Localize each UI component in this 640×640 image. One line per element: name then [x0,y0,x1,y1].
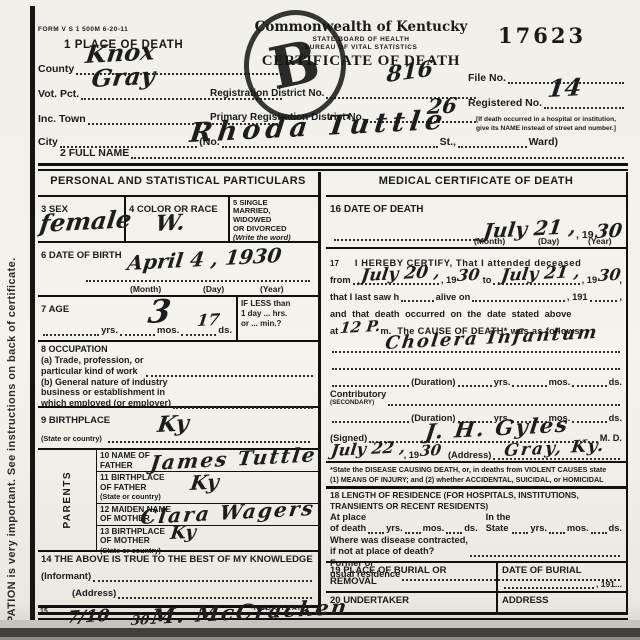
last-saw-dotted-2 [590,289,618,302]
father-birthplace-handwritten: Ky [189,471,220,495]
duration1-label: (Duration) [411,377,455,387]
filed-year-handwritten: 30 [130,613,150,629]
date-of-burial-line: , 191... [502,576,622,589]
medical-certificate-column: MEDICAL CERTIFICATE OF DEATH 16 DATE OF … [326,172,628,612]
margin-instruction-note: CUPATION is very important. See instruct… [6,148,18,640]
age-cell: 7 AGE yrs. mos. ds. 3 17 [38,297,236,340]
marital-cell: 5 SINGLE MARRIED, WIDOWED OR DIVORCED (W… [230,197,318,241]
from-year-printed: , 19 [441,275,457,285]
true-statement-heading: 14 THE ABOVE IS TRUE TO THE BEST OF MY K… [41,554,315,565]
inc-town-label: Inc. Town [38,113,86,125]
from-year-handwritten: 30 [456,265,481,285]
burial-row: 19 PLACE OF BURIAL OR REMOVAL DATE OF BU… [326,563,626,593]
county-label: County [38,63,74,75]
alive-on-dotted [472,289,565,302]
burial-date-dotted [504,576,594,589]
cause-dotted: Cholera Infantum [332,339,620,353]
birthplace-dotted-line [108,441,310,443]
res2-ds: ds. [609,523,622,534]
occupation-row: 8 OCCUPATION (a) Trade, profession, or p… [38,342,318,408]
city-label: City [38,136,58,148]
dob-dotted-line [86,280,310,282]
duration1-dotted-b [458,374,492,387]
cause-blank-dotted [332,357,620,370]
res1-dotted-b [405,521,421,534]
form-number: FORM V S 1 500M 6-20-11 [38,26,128,33]
age-yrs-dotted [43,323,99,336]
res2-dotted-a [512,521,528,534]
res2-dotted-c [591,521,607,534]
voting-precinct-label: Vot. Pct. [38,88,79,100]
place-of-burial-cell: 19 PLACE OF BURIAL OR REMOVAL [326,563,498,591]
age-days-handwritten: 17 [196,310,221,330]
date-of-burial-label: DATE OF BURIAL [502,565,582,576]
signed-address-label: (Address) [448,450,491,460]
duration2-ds: ds. [609,413,622,423]
birthplace-state-note: (State or country) [41,434,102,443]
signed-address-handwritten: Gray, Ky. [503,436,607,461]
dod-year-label: (Year) [588,236,612,246]
scan-edge-dark-band [0,628,640,637]
in-state-label: In the State [486,512,511,534]
res2-yrs: yrs. [530,523,547,534]
age-label: 7 AGE [41,304,69,315]
if-less-than-cell: IF LESS than 1 day ... hrs. or ... min.? [236,297,318,340]
full-name-label: 2 FULL NAME [60,147,129,159]
medical-section-title: MEDICAL CERTIFICATE OF DEATH [326,172,626,197]
to-label: to [483,275,492,285]
duration2-dotted-a [332,410,409,423]
burial-date-191: , 191... [596,579,622,589]
registration-district-handwritten-value: 816 [386,56,434,88]
cause-entry-line: Cholera Infantum [330,336,622,353]
dob-day-label: (Day) [203,284,224,294]
date-of-birth-row: 6 DATE OF BIRTH April 4 , 1930 (Month) (… [38,243,318,298]
sex-cell: 3 SEX female [38,197,126,241]
personal-particulars-column: PERSONAL AND STATISTICAL PARTICULARS 3 S… [38,172,321,612]
scanned-death-certificate: CUPATION is very important. See instruct… [0,0,640,640]
from-dotted: July 20 , [353,271,439,285]
sex-handwritten-value: female [38,204,133,238]
dob-year-label: (Year) [260,284,284,294]
mother-birthplace-handwritten: Ky [169,523,197,545]
parents-block: PARENTS 10 NAME OF FATHER James Tuttle 1… [38,450,318,552]
informant-label: (Informant) [41,571,91,582]
parents-label-cell: PARENTS [38,450,97,550]
dod-day-label: (Day) [538,236,559,246]
undertaker-address-cell: ADDRESS [498,593,626,612]
alive-on-label: alive on [436,292,471,302]
duration2-dotted-d [572,410,606,423]
last-saw-dotted-1 [401,289,433,302]
occupation-b-label: (b) General nature of industry business … [41,377,171,409]
sex-race-marital-row: 3 SEX female 4 COLOR OR RACE W. 5 SINGLE… [38,197,318,243]
age-yrs-label: yrs. [101,325,118,336]
parents-vertical-label: PARENTS [62,471,73,529]
at-place-label: At place of death [330,512,366,534]
occupation-b-dotted [173,396,313,409]
res1-dotted-a [368,521,384,534]
birthplace-handwritten-value: Ky [156,411,190,439]
file-no-label: File No. [468,72,506,84]
duration1-dotted-c [512,374,546,387]
informant-address-label: (Address) [72,588,116,599]
footnote-line-2: (1) MEANS OF INJURY; and (2) whether ACC… [330,475,622,485]
full-name-row: 2 FULL NAME [60,146,626,159]
at-label: at [330,326,338,336]
duration-line-1: (Duration) yrs. mos. ds. [330,370,622,387]
certificate-serial-number: 17623 [498,23,586,48]
stamp-letter: B [264,27,326,104]
signed-year-printed: , 19 [404,450,420,460]
date-of-burial-cell: DATE OF BURIAL , 191... [498,563,626,591]
parents-rows: 10 NAME OF FATHER James Tuttle 11 BIRTHP… [97,450,318,550]
signed-date-handwritten: July 22 , [330,437,406,460]
header-divider-rule [38,163,628,171]
certificate-left-border [30,6,35,624]
filed-row: 15 Filed , 19 7/10 30 M. McCracken REGIS… [38,608,318,612]
res1-yrs: yrs. [386,523,403,534]
occupation-b-line: (b) General nature of industry business … [41,377,315,409]
duration1-dotted-d [572,374,606,387]
father-name-row: 10 NAME OF FATHER James Tuttle [97,450,318,472]
occupation-label: 8 OCCUPATION [41,344,315,355]
registered-no-handwritten-value: 14 [546,72,583,103]
hospital-instruction-note: [If death occurred in a hospital or inst… [476,116,618,133]
mother-birthplace-label: 13 BIRTHPLACE OF MOTHER [100,526,165,546]
undertaker-row: 20 UNDERTAKER ADDRESS [326,593,626,612]
res2-mos: mos. [567,523,589,534]
res1-dotted-c [446,521,462,534]
from-label: from [330,275,351,285]
residence-heading: 18 LENGTH OF RESIDENCE (FOR HOSPITALS, I… [330,490,622,510]
secondary-label: (SECONDARY) [330,400,386,406]
disease-contracted-dotted [470,544,620,557]
father-name-label: 10 NAME OF FATHER [100,450,150,470]
date-of-death-label: 16 DATE OF DEATH [330,204,424,215]
to-year-handwritten: 30 [597,265,622,285]
personal-section-title: PERSONAL AND STATISTICAL PARTICULARS [38,172,318,197]
res1-mos: mos. [423,523,445,534]
father-birthplace-label: 11 BIRTHPLACE OF FATHER [100,472,165,492]
to-handwritten: July 21 , [500,262,581,286]
cause-footnote: *State the DISEASE CAUSING DEATH, or, in… [326,463,626,489]
certification-block: 17 I HEREBY CERTIFY, That I attended dec… [326,249,626,463]
to-dotted: July 21 , [493,271,579,285]
disease-contracted-label: Where was disease contracted, if not at … [330,535,468,557]
undertaker-cell: 20 UNDERTAKER [326,593,498,612]
certify-from-to-line: from July 20 , , 19 30 to July 21 , , 19… [330,268,622,285]
signed-date-line: July 22 , , 19 30 (Address) Gray, Ky. [330,443,622,460]
dod-month-label: (Month) [474,236,505,246]
registered-no-label: Registered No. [468,97,542,109]
last-saw-label: that I last saw h [330,292,399,302]
informant-line: (Informant) [41,569,314,582]
marital-note: (Write the word) [233,233,291,242]
signed-year-handwritten: 30 [419,441,442,460]
occupation-a-dotted [146,364,313,377]
dob-label: 6 DATE OF BIRTH [41,250,122,261]
last-saw-comma: , [619,292,622,302]
disease-contracted-line: Where was disease contracted, if not at … [330,535,622,557]
duration1-dotted-a [332,374,409,387]
birthplace-label: 9 BIRTHPLACE [41,415,110,426]
date-of-death-row: 16 DATE OF DEATH July 21 , , 19 30 (Mont… [326,197,626,249]
filed-date-handwritten: 7/10 [66,606,111,628]
mother-name-row: 12 MAIDEN NAME OF MOTHER Clara Wagers [97,504,318,526]
to-year-printed: , 19 [582,275,598,285]
age-ds-label: ds. [218,325,232,336]
footnote-line-1: *State the DISEASE CAUSING DEATH, or, in… [330,465,622,475]
certificate-columns: PERSONAL AND STATISTICAL PARTICULARS 3 S… [38,172,628,612]
last-saw-line: that I last saw h alive on , 191 , [330,285,622,302]
at-time-handwritten: 12 P. [339,317,382,337]
signed-address-dotted: Gray, Ky. [493,446,620,460]
contributory-stack: Contributory (SECONDARY) [330,390,386,406]
certify-item-number: 17 [330,259,339,268]
last-saw-191: , 191 [567,292,588,302]
contributory-dotted [388,393,620,406]
voting-precinct-handwritten-value: Gray [90,61,157,93]
duration1-yrs: yrs. [494,377,511,387]
residence-at-place-line: At place of death yrs. mos. ds. In the S… [330,512,622,534]
from-handwritten: July 20 , [360,262,441,286]
marital-label: 5 SINGLE MARRIED, WIDOWED OR DIVORCED [233,198,287,234]
res2-dotted-b [549,521,565,534]
father-birthplace-note: (State or country) [100,492,161,501]
dod-dotted [334,228,478,241]
occupation-a-label: (a) Trade, profession, or particular kin… [41,355,144,377]
duration1-mos: mos. [549,377,571,387]
length-of-residence-block: 18 LENGTH OF RESIDENCE (FOR HOSPITALS, I… [326,489,626,563]
race-cell: 4 COLOR OR RACE W. [126,197,230,241]
cause-blank-line [330,353,622,370]
occupation-a-line: (a) Trade, profession, or particular kin… [41,355,315,377]
race-handwritten-value: W. [154,209,186,236]
file-no-row: File No. [468,71,626,84]
certificate-body: FORM V S 1 500M 6-20-11 1 PLACE OF DEATH… [38,6,628,638]
res1-ds: ds. [464,523,477,534]
age-row: 7 AGE yrs. mos. ds. 3 17 IF LESS than 1 … [38,297,318,342]
duration1-ds: ds. [609,377,622,387]
dob-handwritten-value: April 4 , 1930 [126,243,283,275]
informant-dotted [93,569,312,582]
contributory-line: Contributory (SECONDARY) [330,387,622,406]
